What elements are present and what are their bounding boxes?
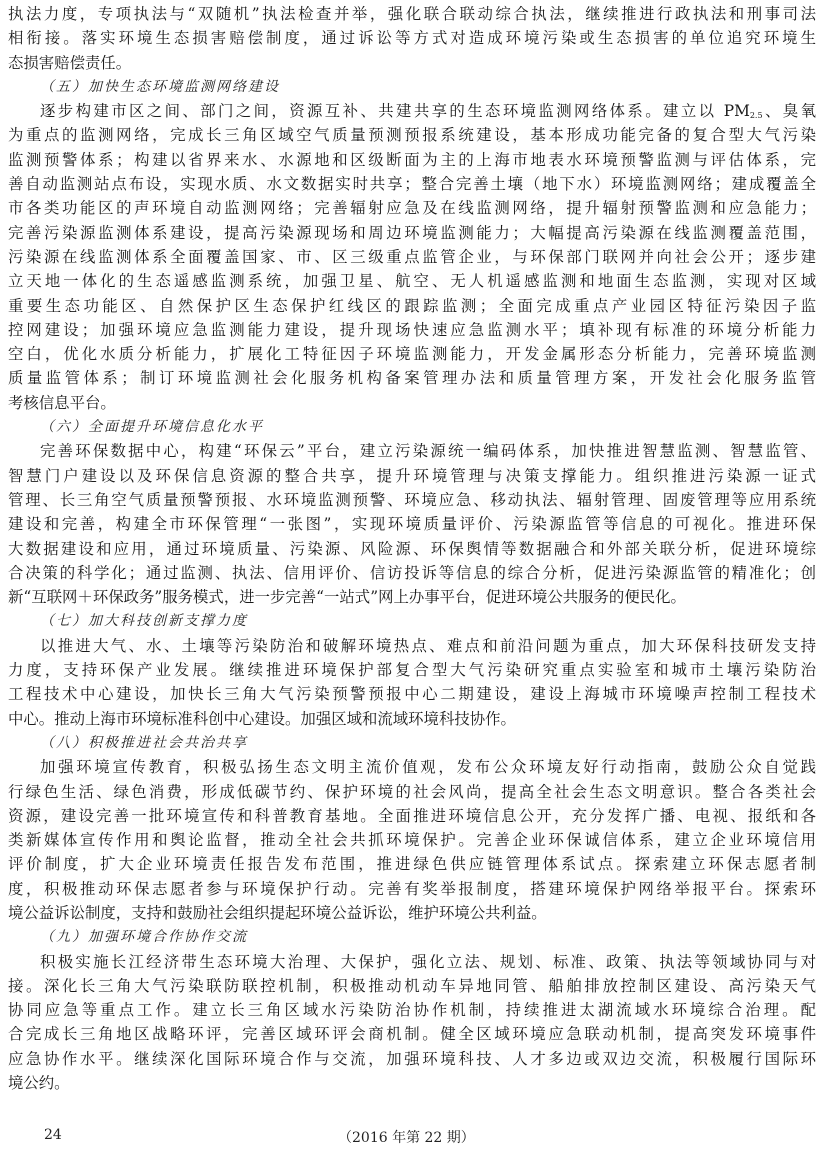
text-line: 行绿色生活、绿色消费，形成低碳节约、保护环境的社会风尚，提高全社会生态文明意识。… bbox=[8, 780, 816, 804]
text-line: 建设和完善，构建全市环保管理“一张图”，实现环境质量评价、污染源监管等信息的可视… bbox=[8, 512, 816, 536]
section-heading: （六）全面提升环境信息化水平 bbox=[8, 415, 816, 439]
text-line: 完善环保数据中心，构建“环保云”平台，建立污染源统一编码体系，加快推进智慧监测、… bbox=[8, 439, 816, 463]
section-heading: （七）加大科技创新支撑力度 bbox=[8, 609, 816, 633]
text-line: 境公益诉讼制度，支持和鼓励社会组织提起环境公益诉讼，维护环境公共利益。 bbox=[8, 901, 816, 925]
section-6: （六）全面提升环境信息化水平 完善环保数据中心，构建“环保云”平台，建立污染源统… bbox=[8, 415, 816, 609]
text-line: 合决策的科学化；通过监测、执法、信用评价、信访投诉等信息的综合分析，促进污染源监… bbox=[8, 561, 816, 585]
text-line: 市各类功能区的声环境自动监测网络；完善辐射应急及在线监测网络，提升辐射预警监测和… bbox=[8, 196, 816, 220]
text-line: 工程技术中心建设，加快长三角大气污染预警预报中心二期建设，建设上海城市环境噪声控… bbox=[8, 682, 816, 706]
text-line: 质量监管体系；制订环境监测社会化服务机构备案管理办法和质量管理方案，开发社会化服… bbox=[8, 366, 816, 390]
text-line: 接。深化长三角大气污染联防联控机制，积极推动机动车异地同管、船舶排放控制区建设、… bbox=[8, 974, 816, 998]
text-line: 以推进大气、水、土壤等污染防治和破解环境热点、难点和前沿问题为重点，加大环保科技… bbox=[8, 634, 816, 658]
section-9: （九）加强环境合作协作交流 积极实施长江经济带生态环境大治理、大保护，强化立法、… bbox=[8, 925, 816, 1095]
intro-paragraph: 执法力度，专项执法与“双随机”执法检查并举，强化联合联动综合执法，继续推进行政执… bbox=[8, 2, 816, 75]
text-line: 立天地一体化的生态遥感监测系统，加强卫星、航空、无人机遥感监测和地面生态监测，实… bbox=[8, 269, 816, 293]
text-span: 逐步构建市区之间、部门之间，资源互补、共建共享的生态环境监测网络体系。建立以 P… bbox=[40, 102, 750, 120]
text-line: 度，积极推动环保志愿者参与环境保护行动。完善有奖举报制度，搭建环境保护网络举报平… bbox=[8, 877, 816, 901]
text-line: 执法力度，专项执法与“双随机”执法检查并举，强化联合联动综合执法，继续推进行政执… bbox=[8, 2, 816, 26]
text-line: 境公约。 bbox=[8, 1071, 816, 1095]
document-page: 执法力度，专项执法与“双随机”执法检查并举，强化联合联动综合执法，继续推进行政执… bbox=[8, 2, 816, 1095]
page-number: 24 bbox=[44, 1127, 62, 1143]
section-heading: （五）加快生态环境监测网络建设 bbox=[8, 75, 816, 99]
text-line: 应急协作水平。继续深化国际环境合作与交流，加强环境科技、人才多边或双边交流，积极… bbox=[8, 1047, 816, 1071]
issue-label: （2016 年第 22 期） bbox=[338, 1127, 475, 1147]
section-8: （八）积极推进社会共治共享 加强环境宣传教育，积极弘扬生态文明主流价值观，发布公… bbox=[8, 731, 816, 925]
text-line: 评价制度，扩大企业环境责任报告发布范围，推进绿色供应链管理体系试点。探索建立环保… bbox=[8, 852, 816, 876]
text-line: 加强环境宣传教育，积极弘扬生态文明主流价值观，发布公众环境友好行动指南，鼓励公众… bbox=[8, 755, 816, 779]
text-line: 中心。推动上海市环境标准科创中心建设。加强区域和流域环境科技协作。 bbox=[8, 707, 816, 731]
text-line: 相衔接。落实环境生态损害赔偿制度，通过诉讼等方式对造成环境污染或生态损害的单位追… bbox=[8, 26, 816, 50]
text-line: 智慧门户建设以及环保信息资源的整合共享，提升环境管理与决策支撑能力。组织推进污染… bbox=[8, 464, 816, 488]
text-line: 类新媒体宣传作用和舆论监督，推动全社会共抓环境保护。完善企业环保诚信体系，建立企… bbox=[8, 828, 816, 852]
text-line: 重要生态功能区、自然保护区生态保护红线区的跟踪监测；全面完成重点产业园区特征污染… bbox=[8, 294, 816, 318]
text-line: 新“互联网＋环保政务”服务模式，进一步完善“一站式”网上办事平台，促进环境公共服… bbox=[8, 585, 816, 609]
text-line: 管理、长三角空气质量预警预报、水环境监测预警、环境应急、移动执法、辐射管理、固废… bbox=[8, 488, 816, 512]
text-line: 合完成长三角地区战略环评，完善区域环评会商机制。健全区域环境应急联动机制，提高突… bbox=[8, 1022, 816, 1046]
section-heading: （九）加强环境合作协作交流 bbox=[8, 925, 816, 949]
text-line: 力度，支持环保产业发展。继续推进环境保护部复合型大气污染研究重点实验室和城市土壤… bbox=[8, 658, 816, 682]
text-line: 为重点的监测网络，完成长三角区域空气质量预测预报系统建设，基本形成功能完备的复合… bbox=[8, 123, 816, 147]
text-line: 污染源在线监测体系全面覆盖国家、市、区三级重点监管企业，与环保部门联网并向社会公… bbox=[8, 245, 816, 269]
text-line: 资源，建设完善一批环境宣传和科普教育基地。全面推进环境信息公开，充分发挥广播、电… bbox=[8, 804, 816, 828]
text-line: 积极实施长江经济带生态环境大治理、大保护，强化立法、规划、标准、政策、执法等领域… bbox=[8, 950, 816, 974]
text-span: 、臭氧 bbox=[763, 102, 816, 120]
text-line: 监测预警体系；构建以省界来水、水源地和区级断面为主的上海市地表水环境预警监测与评… bbox=[8, 148, 816, 172]
text-line: 善自动监测站点布设，实现水质、水文数据实时共享；整合完善土壤（地下水）环境监测网… bbox=[8, 172, 816, 196]
text-line: 态损害赔偿责任。 bbox=[8, 51, 816, 75]
section-7: （七）加大科技创新支撑力度 以推进大气、水、土壤等污染防治和破解环境热点、难点和… bbox=[8, 609, 816, 730]
text-line: 协同应急等重点工作。建立长三角区域水污染防治协作机制，持续推进太湖流域水环境综合… bbox=[8, 998, 816, 1022]
text-line: 完善污染源监测体系建设，提高污染源现场和周边环境监测能力；大幅提高污染源在线监测… bbox=[8, 221, 816, 245]
text-line: 控网建设；加强环境应急监测能力建设，提升现场快速应急监测水平；填补现有标准的环境… bbox=[8, 318, 816, 342]
text-line: 大数据建设和应用，通过环境质量、污染源、风险源、环保舆情等数据融合和外部关联分析… bbox=[8, 537, 816, 561]
section-5: （五）加快生态环境监测网络建设 逐步构建市区之间、部门之间，资源互补、共建共享的… bbox=[8, 75, 816, 415]
text-line: 空白，优化水质分析能力，扩展化工特征因子环境监测能力，开发金属形态分析能力，完善… bbox=[8, 342, 816, 366]
text-line: 考核信息平台。 bbox=[8, 391, 816, 415]
page-footer: 24 （2016 年第 22 期） bbox=[0, 1127, 827, 1147]
section-heading: （八）积极推进社会共治共享 bbox=[8, 731, 816, 755]
pm-subscript: 2.5 bbox=[750, 111, 763, 120]
text-line: 逐步构建市区之间、部门之间，资源互补、共建共享的生态环境监测网络体系。建立以 P… bbox=[8, 99, 816, 123]
